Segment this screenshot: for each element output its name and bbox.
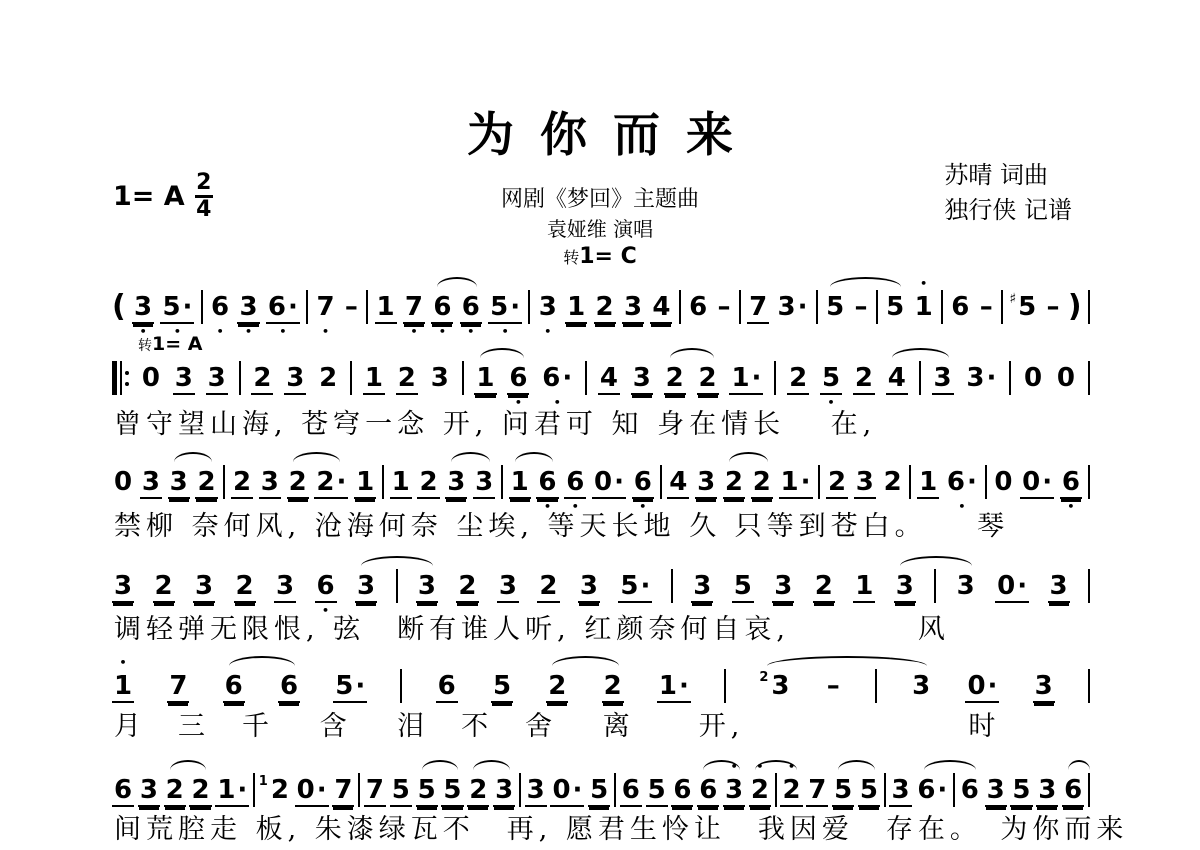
note: 5 bbox=[416, 773, 438, 807]
note-digit: 3 bbox=[695, 467, 717, 499]
note: 12 bbox=[259, 773, 291, 807]
note: 3 bbox=[473, 465, 495, 499]
note: 6 bbox=[223, 669, 245, 703]
barline bbox=[614, 773, 616, 807]
note-digit: 2 bbox=[594, 292, 616, 324]
note-digit: 2 bbox=[749, 775, 771, 807]
note-digit: 3· bbox=[964, 363, 998, 395]
barline bbox=[1088, 465, 1090, 499]
music-line-4: 1•7665·65221·23–30·3 bbox=[112, 651, 1090, 703]
parenthesis: ) bbox=[1068, 290, 1082, 324]
slur-arc bbox=[515, 452, 553, 462]
note-digit: 5 bbox=[491, 671, 513, 703]
note-digit: 3 bbox=[473, 467, 495, 499]
barline bbox=[1009, 361, 1011, 395]
note: 2 bbox=[456, 569, 478, 603]
note: 6 bbox=[436, 669, 458, 703]
note: 5·• bbox=[488, 290, 522, 324]
note-digit: 1 bbox=[112, 671, 134, 703]
augmentation-dot: · bbox=[985, 363, 997, 393]
sheet-music-page: 为你而来 1= A 2 4 网剧《梦回》主题曲 袁娅维 演唱 转1= C 苏晴 … bbox=[0, 0, 1200, 850]
note: 1· bbox=[779, 465, 813, 499]
note: 6• bbox=[564, 465, 586, 499]
note: 3 bbox=[429, 361, 451, 395]
octave-dot-low: • bbox=[460, 327, 482, 337]
note: 2 bbox=[251, 361, 273, 395]
grace-note: 2 bbox=[759, 671, 768, 684]
note: 23 bbox=[759, 669, 791, 703]
note-digit: 0· bbox=[295, 775, 329, 807]
note-digit: 6 bbox=[209, 292, 231, 324]
octave-dot-low: • bbox=[403, 327, 425, 337]
barline bbox=[358, 773, 360, 807]
note: 2 bbox=[287, 465, 309, 499]
note: 1 bbox=[354, 465, 376, 499]
note-digit: 4 bbox=[886, 363, 908, 395]
note-digit: 3 bbox=[772, 571, 794, 603]
note-digit: 2 bbox=[269, 775, 291, 807]
note: 0· bbox=[295, 773, 329, 807]
note: 7 bbox=[747, 290, 769, 324]
note-digit: 1 bbox=[913, 292, 935, 324]
note: 3 bbox=[889, 773, 911, 807]
note: 3 bbox=[691, 569, 713, 603]
note: 0· bbox=[592, 465, 626, 499]
octave-dot-low: • bbox=[431, 327, 453, 337]
lyric-line-4: 月 三 千 含 泪 不 舍 离 开, 时 bbox=[114, 704, 1114, 743]
note-digit: 6 bbox=[632, 467, 654, 499]
note: 6 bbox=[278, 669, 300, 703]
sharp-sign: ♯ bbox=[1009, 292, 1016, 306]
slur-arc bbox=[767, 656, 927, 666]
slur-arc bbox=[361, 556, 433, 566]
note-digit: 6· bbox=[915, 775, 949, 807]
note-digit: 6 bbox=[959, 775, 981, 807]
note: 0 bbox=[1022, 361, 1044, 395]
note-digit: 2 bbox=[164, 775, 186, 807]
note-digit: 5 bbox=[416, 775, 438, 807]
barline bbox=[253, 773, 255, 807]
note: 1 bbox=[853, 569, 875, 603]
note-digit: 2 bbox=[813, 571, 835, 603]
note-digit: 2 bbox=[417, 467, 439, 499]
music-line-intro: (3•5·•6•3•6·•7•–17•6•6•5·•3•12346–73·5–5… bbox=[112, 272, 1090, 324]
barline bbox=[306, 290, 308, 324]
note-digit: – bbox=[853, 292, 870, 324]
augmentation-dot: · bbox=[965, 467, 977, 497]
note: 0· bbox=[965, 669, 999, 703]
note: 6 bbox=[1062, 773, 1084, 807]
note-digit: 0· bbox=[550, 775, 584, 807]
song-title: 为你而来 bbox=[0, 98, 1200, 165]
note: 1 bbox=[390, 465, 412, 499]
note: – bbox=[343, 290, 360, 324]
note: 3• bbox=[237, 290, 259, 324]
note: 0· bbox=[1020, 465, 1054, 499]
note: 3 bbox=[493, 773, 515, 807]
note: 5 bbox=[858, 773, 880, 807]
grace-note: 1 bbox=[259, 775, 268, 788]
note: 3 bbox=[894, 569, 916, 603]
note: 1· bbox=[215, 773, 249, 807]
augmentation-dot: · bbox=[1015, 571, 1027, 601]
note: 1 bbox=[565, 290, 587, 324]
note-digit: 2 bbox=[826, 467, 848, 499]
note: 2 bbox=[594, 290, 616, 324]
note: 3 bbox=[274, 569, 296, 603]
note: – bbox=[825, 669, 842, 703]
note: 3 bbox=[445, 465, 467, 499]
note-digit: 6 bbox=[315, 571, 337, 603]
music-line-3: 323236•3323235·35321330·3 bbox=[112, 551, 1090, 603]
note: 3 bbox=[284, 361, 306, 395]
note: 6 bbox=[112, 773, 134, 807]
note: 1· bbox=[657, 669, 691, 703]
note: 7 bbox=[806, 773, 828, 807]
note-digit: 1 bbox=[917, 467, 939, 499]
slur-arc bbox=[830, 277, 901, 287]
octave-dot-low: • bbox=[314, 327, 336, 337]
barline bbox=[223, 465, 225, 499]
note-digit: 6· bbox=[266, 292, 300, 324]
augmentation-dot: · bbox=[571, 775, 583, 805]
note: 5 bbox=[884, 290, 906, 324]
note: 5· bbox=[618, 569, 652, 603]
note: 1· bbox=[729, 361, 763, 395]
note-digit: 7 bbox=[314, 292, 336, 324]
barline bbox=[501, 465, 503, 499]
note: 2 bbox=[882, 465, 904, 499]
lyric-line-5: 间荒腔走 板, 朱漆绿瓦不 再, 愿君生怜让 我因爱 存在。 为你而来 bbox=[114, 807, 1114, 846]
note: 2 bbox=[723, 465, 745, 499]
note-digit: 2· bbox=[314, 467, 348, 499]
barline bbox=[462, 361, 464, 395]
note-digit: 3 bbox=[910, 671, 932, 703]
note: 3 bbox=[1048, 569, 1070, 603]
note: 6 bbox=[687, 290, 709, 324]
note: 2 bbox=[751, 465, 773, 499]
note: 3 bbox=[140, 465, 162, 499]
note-digit: 2 bbox=[317, 363, 339, 395]
note-digit: 6 bbox=[431, 292, 453, 324]
note-digit: 3 bbox=[429, 363, 451, 395]
barline bbox=[382, 465, 384, 499]
music-line-1: 03323212316•6·•43221·25•2433·00 bbox=[112, 343, 1090, 395]
barline bbox=[528, 290, 530, 324]
note-digit: 3 bbox=[168, 467, 190, 499]
note-digit: 5 bbox=[824, 292, 846, 324]
note-digit: 1 bbox=[509, 467, 531, 499]
note-digit: 3 bbox=[193, 571, 215, 603]
note-digit: 7 bbox=[167, 671, 189, 703]
slur-arc bbox=[473, 760, 510, 770]
note: 6• bbox=[460, 290, 482, 324]
note-digit: 3· bbox=[776, 292, 810, 324]
note: 2 bbox=[602, 669, 624, 703]
note: 3 bbox=[578, 569, 600, 603]
note-digit: – bbox=[343, 292, 360, 324]
barline bbox=[239, 361, 241, 395]
barline bbox=[366, 290, 368, 324]
note-digit: 5 bbox=[1010, 775, 1032, 807]
augmentation-dot: · bbox=[335, 467, 347, 497]
note: 6• bbox=[507, 361, 529, 395]
note: 3• bbox=[537, 290, 559, 324]
repeat-sign bbox=[112, 361, 129, 395]
note-digit: 1 bbox=[390, 467, 412, 499]
note-digit: 6 bbox=[687, 292, 709, 324]
barline bbox=[201, 290, 203, 324]
lyric-line-1: 曾守望山海, 苍穹一念 开, 问君可 知 身在情长 在, bbox=[114, 402, 1114, 441]
note-digit: 2 bbox=[664, 363, 686, 395]
slur-arc bbox=[174, 452, 212, 462]
note-digit: 5· bbox=[160, 292, 194, 324]
barline bbox=[934, 569, 936, 603]
barline bbox=[1001, 290, 1003, 324]
note: 5 bbox=[390, 773, 412, 807]
barline bbox=[985, 465, 987, 499]
augmentation-dot: · bbox=[508, 292, 520, 322]
barline bbox=[875, 669, 877, 703]
note: 2• bbox=[780, 773, 802, 807]
note-digit: 3 bbox=[769, 671, 791, 703]
note-digit: 1 bbox=[565, 292, 587, 324]
lyricist-composer: 苏晴 词曲 bbox=[944, 158, 1072, 193]
note: 7 bbox=[364, 773, 386, 807]
note-digit: 1· bbox=[215, 775, 249, 807]
barline bbox=[876, 290, 878, 324]
note-digit: – bbox=[978, 292, 995, 324]
note: 1 bbox=[509, 465, 531, 499]
note: 5 bbox=[646, 773, 668, 807]
slur-arc bbox=[924, 760, 976, 770]
note: 6• bbox=[431, 290, 453, 324]
note-digit: 5 bbox=[832, 775, 854, 807]
barline bbox=[1088, 669, 1090, 703]
note-digit: 5 bbox=[884, 292, 906, 324]
note-digit: 1· bbox=[657, 671, 691, 703]
note-digit: 3 bbox=[416, 571, 438, 603]
slur-arc bbox=[170, 760, 206, 770]
note: 6 bbox=[697, 773, 719, 807]
slur-arc bbox=[1068, 760, 1090, 770]
note: 6 bbox=[959, 773, 981, 807]
slur-arc bbox=[892, 348, 949, 358]
barline bbox=[350, 361, 352, 395]
note: 3 bbox=[497, 569, 519, 603]
augmentation-dot: · bbox=[235, 775, 247, 805]
note: 3• bbox=[132, 290, 154, 324]
transcriber: 独行侠 记谱 bbox=[944, 193, 1072, 228]
note-digit: 1 bbox=[474, 363, 496, 395]
modulation-mark: 转1= C bbox=[0, 244, 1200, 269]
note: 2 bbox=[417, 465, 439, 499]
note-digit: 2 bbox=[780, 775, 802, 807]
modulation-prefix: 转 bbox=[563, 248, 579, 267]
barline bbox=[919, 361, 921, 395]
barline bbox=[660, 465, 662, 499]
note: 2 bbox=[826, 465, 848, 499]
note: 6·• bbox=[540, 361, 574, 395]
note-digit: 5 bbox=[390, 775, 412, 807]
augmentation-dot: · bbox=[560, 363, 572, 393]
note: 3 bbox=[622, 290, 644, 324]
barline bbox=[519, 773, 521, 807]
note: 3 bbox=[206, 361, 228, 395]
note-digit: 3 bbox=[445, 467, 467, 499]
lyric-line-3: 调轻弹无限恨, 弦 断有谁人听, 红颜奈何自哀, 风 bbox=[114, 607, 1114, 646]
note-digit: 2 bbox=[697, 363, 719, 395]
note: 7• bbox=[314, 290, 336, 324]
note: 2 bbox=[853, 361, 875, 395]
barline bbox=[818, 465, 820, 499]
note-digit: – bbox=[715, 292, 732, 324]
note-digit: – bbox=[1045, 292, 1062, 324]
note: 6 bbox=[620, 773, 642, 807]
note-digit: 3 bbox=[132, 292, 154, 324]
slur-arc bbox=[900, 556, 972, 566]
barline bbox=[774, 361, 776, 395]
note-digit: 3 bbox=[723, 775, 745, 807]
note: 6 bbox=[949, 290, 971, 324]
note: 2 bbox=[813, 569, 835, 603]
note: 3 bbox=[138, 773, 160, 807]
note-digit: 2 bbox=[234, 571, 256, 603]
note-digit: 3 bbox=[889, 775, 911, 807]
note-digit: 2 bbox=[882, 467, 904, 499]
octave-dot-low: • bbox=[488, 327, 522, 337]
note-digit: 4 bbox=[667, 467, 689, 499]
note-digit: 5 bbox=[441, 775, 463, 807]
note-digit: 6 bbox=[671, 775, 693, 807]
note: 2 bbox=[664, 361, 686, 395]
augmentation-dot: · bbox=[986, 671, 998, 701]
note: 5 bbox=[824, 290, 846, 324]
slur-arc bbox=[422, 760, 458, 770]
note: 0 bbox=[992, 465, 1014, 499]
note: 2 bbox=[317, 361, 339, 395]
barline bbox=[724, 669, 726, 703]
note-digit: 6 bbox=[223, 671, 245, 703]
barline bbox=[909, 465, 911, 499]
note-digit: 3 bbox=[284, 363, 306, 395]
note-digit: 3 bbox=[1048, 571, 1070, 603]
note: 3 bbox=[910, 669, 932, 703]
augmentation-dot: · bbox=[935, 775, 947, 805]
note-digit: 3 bbox=[854, 467, 876, 499]
note: 3 bbox=[695, 465, 717, 499]
augmentation-dot: · bbox=[181, 292, 193, 322]
note-digit: 3 bbox=[932, 363, 954, 395]
note: 1 bbox=[474, 361, 496, 395]
note-digit: 2 bbox=[537, 571, 559, 603]
octave-dot-high: • bbox=[112, 658, 134, 668]
note-digit: 7 bbox=[332, 775, 354, 807]
barline bbox=[1088, 361, 1090, 395]
barline bbox=[884, 773, 886, 807]
note-digit: 3 bbox=[206, 363, 228, 395]
note-digit: 1 bbox=[375, 292, 397, 324]
note-digit: 2 bbox=[396, 363, 418, 395]
note-digit: 2 bbox=[195, 467, 217, 499]
note: 7 bbox=[167, 669, 189, 703]
note: 6·• bbox=[266, 290, 300, 324]
note: 4 bbox=[886, 361, 908, 395]
note-digit: 5 bbox=[646, 775, 668, 807]
note-digit: 3 bbox=[493, 775, 515, 807]
note-digit: 3 bbox=[112, 571, 134, 603]
note-digit: 0· bbox=[1020, 467, 1054, 499]
note-digit: 1 bbox=[853, 571, 875, 603]
note: 2· bbox=[314, 465, 348, 499]
note-digit: 0 bbox=[1055, 363, 1077, 395]
note-digit: 7 bbox=[403, 292, 425, 324]
note: 6• bbox=[632, 465, 654, 499]
note: 2 bbox=[234, 569, 256, 603]
note: 4 bbox=[650, 290, 672, 324]
note-digit: 3 bbox=[259, 467, 281, 499]
music-line-2: 03322322·1123316•6•0·6•43221·23216·•00·6… bbox=[112, 447, 1090, 499]
note: ♯5 bbox=[1009, 290, 1038, 324]
octave-dot-low: • bbox=[209, 327, 231, 337]
note: 2 bbox=[153, 569, 175, 603]
slur-arc bbox=[229, 656, 295, 666]
note-digit: 6 bbox=[620, 775, 642, 807]
octave-dot-high: • bbox=[913, 279, 935, 289]
note-digit: – bbox=[825, 671, 842, 703]
note: 3· bbox=[964, 361, 998, 395]
note-digit: 3 bbox=[622, 292, 644, 324]
note-digit: 6· bbox=[540, 363, 574, 395]
note: 3 bbox=[416, 569, 438, 603]
note-digit: 3 bbox=[274, 571, 296, 603]
slur-arc bbox=[451, 452, 490, 462]
note-digit: 6 bbox=[949, 292, 971, 324]
note: 1• bbox=[112, 669, 134, 703]
note-digit: 1 bbox=[354, 467, 376, 499]
note: 2 bbox=[537, 569, 559, 603]
note: 2 bbox=[195, 465, 217, 499]
note: 6• bbox=[209, 290, 231, 324]
note-digit: 5 bbox=[588, 775, 610, 807]
note: 0 bbox=[1055, 361, 1077, 395]
note-digit: 3 bbox=[578, 571, 600, 603]
note-digit: 3 bbox=[138, 775, 160, 807]
note-digit: 3 bbox=[173, 363, 195, 395]
note-digit: 1· bbox=[779, 467, 813, 499]
augmentation-dot: · bbox=[612, 467, 624, 497]
note-digit: 3 bbox=[355, 571, 377, 603]
note-digit: 0 bbox=[112, 467, 134, 499]
note: 0· bbox=[550, 773, 584, 807]
note-digit: 6· bbox=[945, 467, 979, 499]
note: 7• bbox=[403, 290, 425, 324]
slur-arc bbox=[552, 656, 619, 666]
note: 2 bbox=[467, 773, 489, 807]
augmentation-dot: · bbox=[315, 775, 327, 805]
barline bbox=[671, 569, 673, 603]
note: 5 bbox=[491, 669, 513, 703]
note-digit: 2 bbox=[456, 571, 478, 603]
note-digit: 6 bbox=[278, 671, 300, 703]
note-digit: 4 bbox=[650, 292, 672, 324]
augmentation-dot: · bbox=[677, 671, 689, 701]
note-digit: 6 bbox=[536, 467, 558, 499]
note-digit: 3 bbox=[525, 775, 547, 807]
note-digit: 7 bbox=[747, 292, 769, 324]
slur-arc bbox=[293, 452, 340, 462]
note-digit: 3 bbox=[1033, 671, 1055, 703]
